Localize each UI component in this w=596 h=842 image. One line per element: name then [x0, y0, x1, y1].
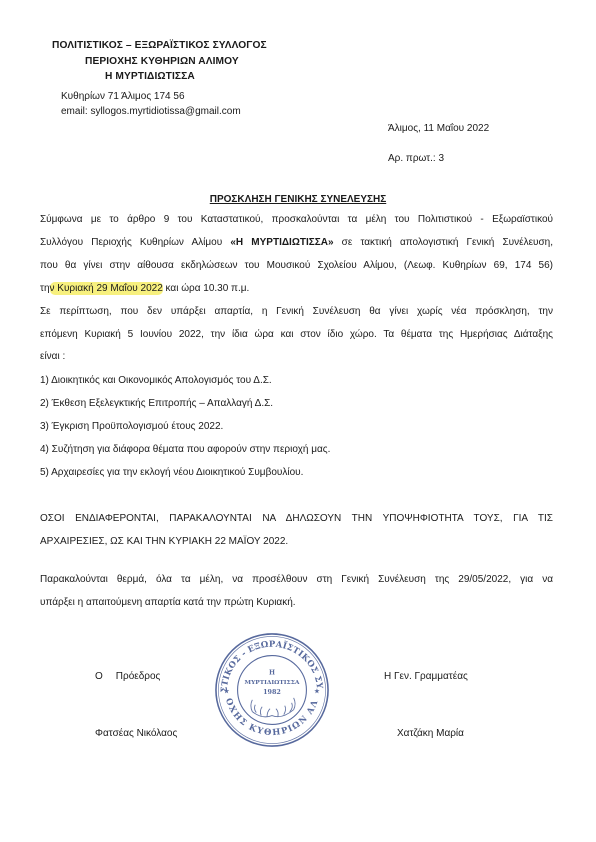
seal-inner-year: 1982: [263, 688, 281, 696]
agenda-item-1: 1) Διοικητικός και Οικονομικός Απολογισμ…: [40, 375, 272, 386]
notice-line-2: ΑΡΧΑΙΡΕΣΙΕΣ, ΩΣ ΚΑΙ ΤΗΝ ΚΥΡΙΑΚΗ 22 ΜΑΪΟΥ…: [40, 536, 288, 547]
notice-line-1: ΟΣΟΙ ΕΝΔΙΑΦΕΡΟΝΤΑΙ, ΠΑΡΑΚΑΛΟΥΝΤΑΙ ΝΑ ΔΗΛ…: [40, 513, 553, 524]
closing-line-2: υπάρξει η απαιτούμενη απαρτία κατά την π…: [40, 597, 296, 608]
seal-inner-line-1: Η: [269, 668, 275, 676]
president-article: Ο: [95, 671, 103, 682]
paragraph-1-line-3: που θα γίνει στην αίθουσα εκδηλώσεων του…: [40, 260, 553, 271]
secretary-role: Η Γεν. Γραμματέας: [384, 671, 468, 682]
org-name-line-3: Η ΜΥΡΤΙΔΙΩΤΙΣΣΑ: [105, 71, 195, 82]
seal-laurel-icon: [251, 698, 295, 717]
association-seal-stamp: ΠΟΛΙΤΙΣΤΙΚΟΣ - ΕΞΩΡΑΪΣΤΙΚΟΣ ΣΥΛΛΟΓΟΣ ΠΕΡ…: [213, 631, 331, 749]
svg-text:★: ★: [224, 688, 230, 695]
paragraph-1-line-2: Συλλόγου Περιοχής Κυθηρίων Αλίμου «Η ΜΥΡ…: [40, 237, 553, 248]
svg-text:★: ★: [314, 688, 320, 695]
agenda-item-5: 5) Αρχαιρεσίες για την εκλογή νέου Διοικ…: [40, 467, 303, 478]
paragraph-1-line-4-end: και ώρα 10.30 π.μ.: [163, 283, 250, 294]
org-name-line-1: ΠΟΛΙΤΙΣΤΙΚΟΣ – ΕΞΩΡΑΪΣΤΙΚΟΣ ΣΥΛΛΟΓΟΣ: [52, 40, 267, 51]
president-name: Φατσέας Νικόλαος: [95, 728, 177, 739]
highlighted-meeting-date: ν Κυριακή 29 Μαΐου 2022: [50, 282, 163, 295]
paragraph-2-line-1: Σε περίπτωση, που δεν υπάρξει απαρτία, η…: [40, 306, 553, 317]
paragraph-1-line-2-end: σε τακτική απολογιστική Γενική Συνέλευση…: [334, 237, 554, 248]
paragraph-1-line-1: Σύμφωνα με το άρθρο 9 του Καταστατικού, …: [40, 214, 553, 225]
org-name-line-2: ΠΕΡΙΟΧΗΣ ΚΥΘΗΡΙΩΝ ΑΛΙΜΟΥ: [85, 56, 239, 67]
place-date: Άλιμος, 11 Μαΐου 2022: [388, 123, 489, 134]
agenda-item-4: 4) Συζήτηση για διάφορα θέματα που αφορο…: [40, 444, 330, 455]
document-title: ΠΡΟΣΚΛΗΣΗ ΓΕΝΙΚΗΣ ΣΥΝΕΛΕΥΣΗΣ: [0, 194, 596, 205]
closing-line-1: Παρακαλούνται θερμά, όλα τα μέλη, να προ…: [40, 574, 553, 585]
association-name-bold: «Η ΜΥΡΤΙΔΙΩΤΙΣΣΑ»: [230, 237, 333, 248]
org-email: email: syllogos.myrtidiotissa@gmail.com: [61, 106, 241, 117]
agenda-item-2: 2) Έκθεση Εξελεγκτικής Επιτροπής – Απαλλ…: [40, 398, 273, 409]
paragraph-1-line-4: την Κυριακή 29 Μαΐου 2022 και ώρα 10.30 …: [40, 283, 249, 294]
org-address: Κυθηρίων 71 Άλιμος 174 56: [61, 91, 185, 102]
protocol-number: Αρ. πρωτ.: 3: [388, 153, 444, 164]
paragraph-2-line-3: είναι :: [40, 351, 65, 362]
agenda-item-3: 3) Έγκριση Προϋπολογισμού έτους 2022.: [40, 421, 223, 432]
paragraph-1-line-4-start: τη: [40, 283, 50, 294]
secretary-name: Χατζάκη Μαρία: [397, 728, 464, 739]
president-role: ΟΠρόεδρος: [95, 671, 160, 682]
president-title: Πρόεδρος: [116, 671, 161, 682]
seal-inner-line-2: ΜΥΡΤΙΔΙΩΤΙΣΣΑ: [245, 679, 300, 686]
paragraph-2-line-2: επόμενη Κυριακή 5 Ιουνίου 2022, την ίδια…: [40, 329, 553, 340]
paragraph-1-line-2-start: Συλλόγου Περιοχής Κυθηρίων Αλίμου: [40, 237, 230, 248]
